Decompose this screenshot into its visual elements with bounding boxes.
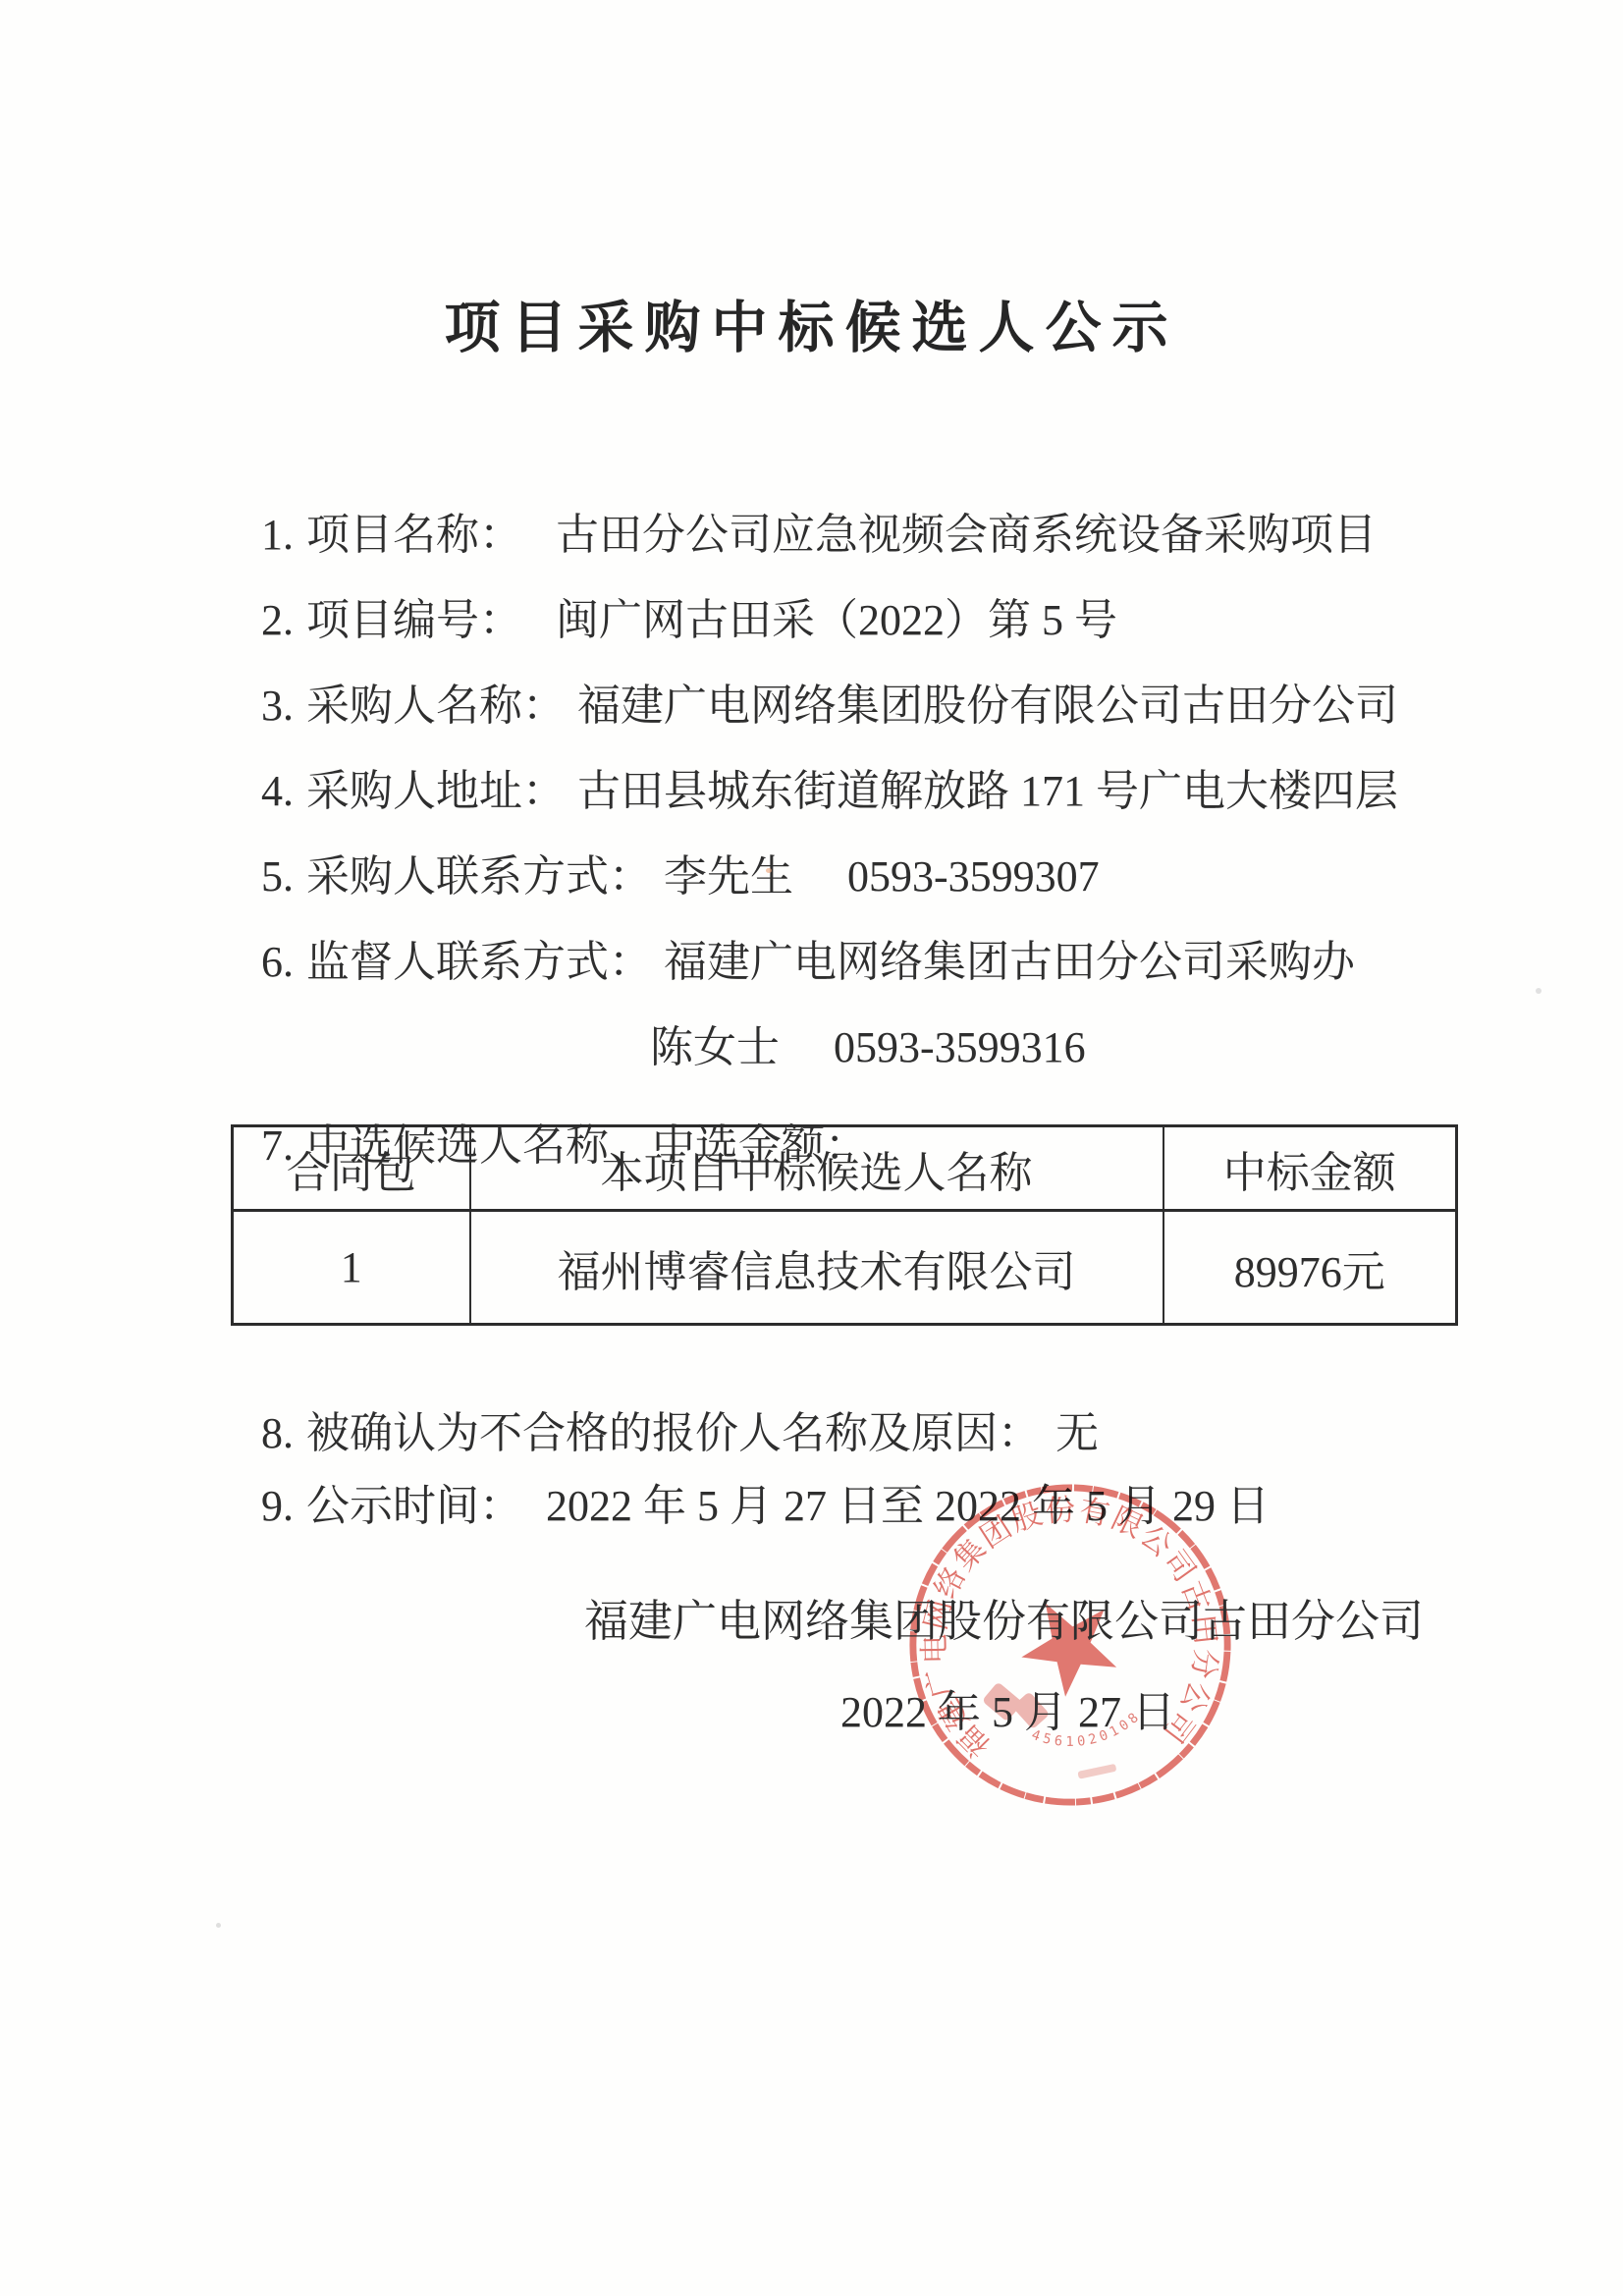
bid-candidates-table: 合同包 本项目中标候选人名称 中标金额 1 福州博睿信息技术有限公司 89976… xyxy=(231,1124,1458,1326)
table-header-row: 合同包 本项目中标候选人名称 中标金额 xyxy=(233,1126,1457,1211)
signature-company: 福建广电网络集团股份有限公司古田分公司 xyxy=(584,1595,1424,1648)
item-number: 9. xyxy=(261,1481,306,1533)
cell-candidate: 福州博睿信息技术有限公司 xyxy=(470,1211,1163,1325)
page-title: 项目采购中标候选人公示 xyxy=(0,283,1623,363)
scan-speck xyxy=(1536,988,1542,994)
item-label: 公示时间： xyxy=(306,1482,522,1530)
column-header-package: 合同包 xyxy=(233,1126,470,1211)
item-value: 陈女士 0593-3599316 xyxy=(650,1023,1086,1071)
signature-date: 2022 年 5 月 27 日 xyxy=(840,1687,1175,1739)
cell-package: 1 xyxy=(233,1211,470,1325)
table-row: 1 福州博睿信息技术有限公司 89976元 xyxy=(233,1211,1457,1325)
cell-amount: 89976元 xyxy=(1163,1211,1457,1325)
scan-speck xyxy=(216,1923,221,1928)
item-label: 监督人联系方式： xyxy=(306,938,652,986)
column-header-candidate: 本项目中标候选人名称 xyxy=(470,1126,1163,1211)
document-page: 项目采购中标候选人公示 1.项目名称： 古田分公司应急视频会商系统设备采购项目 … xyxy=(0,0,1623,2296)
scan-speck xyxy=(766,868,772,873)
item-number: 6. xyxy=(261,937,306,989)
column-header-amount: 中标金额 xyxy=(1163,1126,1457,1211)
